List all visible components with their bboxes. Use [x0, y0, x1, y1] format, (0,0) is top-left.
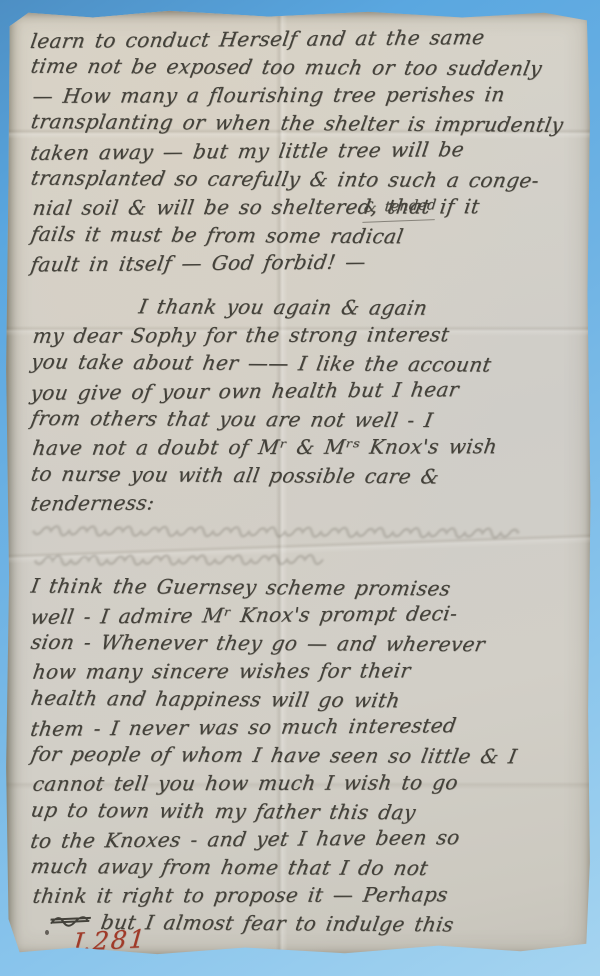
manuscript-line: them - I never was so much interested [31, 713, 581, 741]
erased-ink-smudge [31, 544, 335, 573]
manuscript-line: nial soil & will be so sheltered,& tende… [31, 193, 581, 221]
erased-line [31, 545, 581, 573]
letter-paper: learn to conduct Herself and at the same… [5, 9, 591, 957]
manuscript-line-text: to the Knoxes - and yet I have been so [29, 823, 462, 855]
manuscript-line: fails it must be from some radical [31, 221, 581, 249]
manuscript-line: — How many a flourishing tree perishes i… [31, 81, 581, 109]
manuscript-line-text: for people of whom I have seen so little… [29, 740, 520, 771]
manuscript-line: fault in itself — God forbid! — [31, 249, 581, 277]
manuscript-line: cannot tell you how much I wish to go [31, 769, 581, 797]
manuscript-line: how many sincere wishes for their [31, 657, 581, 685]
manuscript-line: tenderness: [31, 489, 581, 517]
photo-of-letter: { "page": { "description": "Photograph o… [0, 0, 600, 976]
manuscript-line: sion - Whenever they go — and wherever [31, 629, 581, 657]
manuscript-line-text: — How many a flourishing tree perishes i… [31, 80, 507, 110]
manuscript-line-text: how many sincere wishes for their [31, 656, 413, 685]
manuscript-line-text: have not a doubt of Mʳ & Mʳˢ Knox's wish [31, 432, 499, 462]
manuscript-line: much away from home that I do not [31, 853, 581, 881]
manuscript-line: think it right to propose it — Perhaps [31, 881, 581, 909]
manuscript-line: my dear Sophy for the strong interest [31, 321, 581, 349]
manuscript-line-text: from others that you are not well - I [29, 404, 436, 434]
manuscript-line-text: much away from home that I do not [29, 852, 431, 882]
manuscript-line-text: time not be exposed too much or too sudd… [29, 52, 545, 83]
manuscript-line-text: I thank you again & again [137, 292, 430, 322]
manuscript-line-text: learn to conduct Herself and at the same [29, 23, 487, 55]
ink-dot [45, 930, 49, 935]
manuscript-line: well - I admire Mʳ Knox's prompt deci- [31, 601, 581, 629]
manuscript-line: you give of your own health but I hear [31, 377, 581, 405]
manuscript-line-text: up to town with my father this day [29, 796, 418, 827]
manuscript-line-text: fault in itself — God forbid! — [29, 248, 368, 279]
manuscript-line-text: you give of your own health but I hear [29, 375, 461, 407]
manuscript-line: learn to conduct Herself and at the same [31, 25, 581, 53]
struck-out-word [48, 911, 93, 929]
manuscript-line-text: transplanted so carefully & into such a … [29, 164, 542, 195]
erased-ink-smudge [29, 516, 534, 547]
manuscript-line-text: nial soil & will be so sheltered,& tende… [31, 192, 482, 222]
manuscript-line-text: sion - Whenever they go — and wherever [29, 628, 488, 658]
erased-line [31, 517, 581, 545]
manuscript-line-text: transplanting or when the shelter is imp… [29, 107, 566, 139]
manuscript-line-text: well - I admire Mʳ Knox's prompt deci- [29, 599, 460, 631]
manuscript-line: transplanting or when the shelter is imp… [31, 109, 581, 137]
manuscript-line-text: I think the Guernsey scheme promises [29, 572, 453, 603]
manuscript-line: time not be exposed too much or too sudd… [31, 53, 581, 81]
manuscript-line: from others that you are not well - I [31, 405, 581, 433]
manuscript-line-text: you take about her —— I like the account [29, 347, 494, 378]
manuscript-line: I think the Guernsey scheme promises [31, 573, 581, 601]
manuscript-line-text: my dear Sophy for the strong interest [31, 320, 451, 349]
interlinear-insertion: & tended [362, 191, 438, 223]
manuscript-line-text: to nurse you with all possible care & [29, 460, 441, 491]
manuscript-text-block: learn to conduct Herself and at the same… [5, 9, 591, 957]
manuscript-line: to nurse you with all possible care & [31, 461, 581, 489]
manuscript-line: to the Knoxes - and yet I have been so [31, 825, 581, 853]
manuscript-line-text: taken away — but my little tree will be [29, 135, 467, 167]
manuscript-line: health and happiness will go with [31, 685, 581, 713]
manuscript-line-text: them - I never was so much interested [29, 711, 459, 743]
manuscript-line: up to town with my father this day [31, 797, 581, 825]
manuscript-line-text: fails it must be from some radical [29, 220, 406, 251]
manuscript-line: have not a doubt of Mʳ & Mʳˢ Knox's wish [31, 433, 581, 461]
manuscript-line: taken away — but my little tree will be [31, 137, 581, 165]
manuscript-line-text: health and happiness will go with [29, 684, 402, 715]
manuscript-line: for people of whom I have seen so little… [31, 741, 581, 769]
manuscript-line: transplanted so carefully & into such a … [31, 165, 581, 193]
manuscript-line: I thank you again & again [31, 293, 581, 321]
red-ink-catalog-mark: J.281 [72, 924, 148, 957]
manuscript-line-text: cannot tell you how much I wish to go [31, 768, 460, 797]
manuscript-line: you take about her —— I like the account [31, 349, 581, 377]
manuscript-line-text: think it right to propose it — Perhaps [31, 880, 450, 909]
manuscript-line-text: tenderness: [29, 488, 157, 517]
